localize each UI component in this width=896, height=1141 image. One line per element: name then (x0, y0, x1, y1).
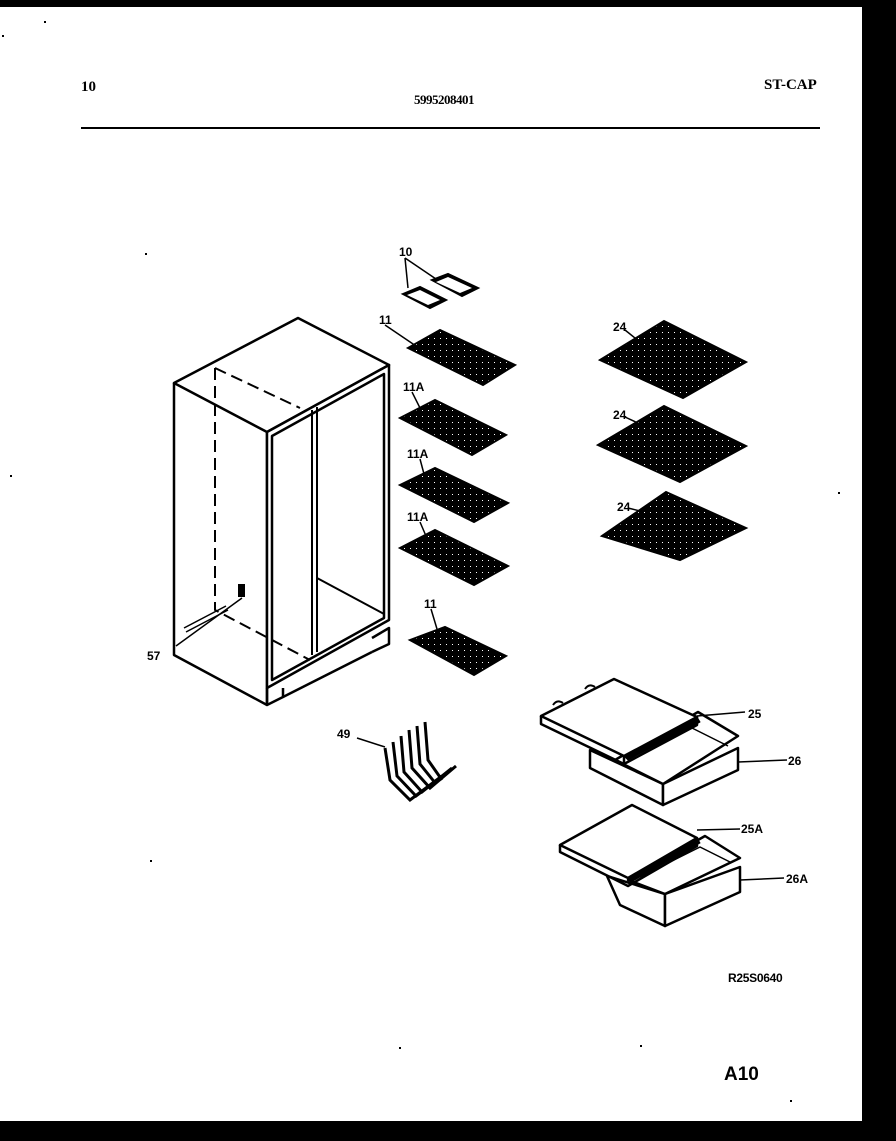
callout-57: 57 (147, 649, 161, 663)
callout-10: 10 (399, 245, 413, 259)
bracket-part-57 (176, 584, 245, 646)
parts-diagram-page: 10 5995208401 ST-CAP (0, 0, 896, 1141)
fresh-food-shelves (598, 321, 746, 560)
callout-26a: 26A (786, 872, 808, 886)
rack-part-49 (357, 722, 456, 800)
scan-speck (2, 35, 4, 37)
freezer-shelves (385, 325, 515, 675)
scan-speck (399, 1047, 401, 1049)
callout-11a-3: 11A (407, 510, 429, 524)
exploded-view-drawing: 10 11 11A 11A 11A 11 24 24 24 25 26 25A … (0, 0, 896, 1141)
scan-speck (10, 475, 12, 477)
callout-24-3: 24 (617, 500, 631, 514)
callout-11a-2: 11A (407, 447, 429, 461)
callout-11-bottom: 11 (424, 597, 437, 611)
callout-25: 25 (748, 707, 762, 721)
cabinet (174, 318, 389, 705)
scan-speck (640, 1045, 642, 1047)
scan-speck (790, 1100, 792, 1102)
callout-24-1: 24 (613, 320, 627, 334)
scan-speck (145, 253, 147, 255)
callout-24-2: 24 (613, 408, 627, 422)
crisper-upper (541, 679, 787, 805)
scan-speck (150, 860, 152, 862)
scan-speck (44, 21, 46, 23)
callout-11-top: 11 (379, 313, 392, 327)
callout-25a: 25A (741, 822, 763, 836)
drawing-code: R25S0640 (728, 971, 782, 985)
page-label: A10 (724, 1064, 759, 1086)
callout-26: 26 (788, 754, 802, 768)
callout-49: 49 (337, 727, 351, 741)
scan-speck (838, 492, 840, 494)
callout-11a-1: 11A (403, 380, 425, 394)
shelf-supports-part-10 (403, 258, 478, 308)
